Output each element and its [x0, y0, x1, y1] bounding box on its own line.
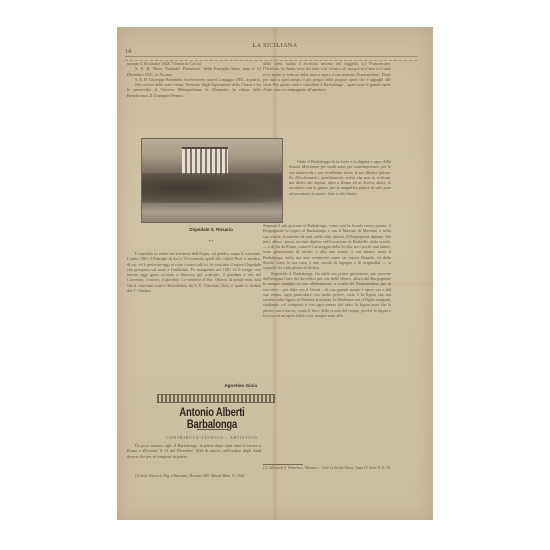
- ornamental-border: [157, 394, 275, 403]
- footnote-rule: [263, 464, 303, 465]
- paragraph: Seppure il più giovane al Barbalonga, co…: [263, 223, 391, 271]
- article-body: Da poco tornato, egli, il Barbalonga, in…: [127, 443, 261, 459]
- author-signature: Agostino Gioia: [127, 383, 257, 388]
- left-column-lower: L'ospedale fu eretto nel territorio dell…: [127, 251, 261, 293]
- paragraph: Onde il Barbalonga fu la forza e la dign…: [289, 159, 391, 196]
- photo-caption: Ospedale S. Rosario: [141, 227, 281, 232]
- trees-icon: [142, 173, 282, 203]
- page-number: 14: [125, 49, 131, 55]
- left-column-top: nacque il 16 ottobre 1826, Vicario in Ca…: [127, 61, 261, 98]
- asterism-divider: * *: [141, 239, 281, 244]
- paragraph: della sorte, studio e ricercato intorno …: [263, 61, 391, 93]
- publication-title: LA SICILIANA: [117, 43, 433, 49]
- paragraph: Seguendo il Barbalonga, fin dalla sua pr…: [263, 271, 391, 319]
- article-subtitle: CONTRIBUTO STORICO – ARTISTICO: [147, 436, 277, 440]
- hospital-building-icon: [182, 147, 228, 175]
- right-column-indented: Onde il Barbalonga fu la forza e la dign…: [289, 159, 391, 196]
- right-footnote: (1) Galleria di S. Domenico, Messina — V…: [263, 466, 391, 471]
- article-footnote: (1) Arch. Parrocch. Reg. e Battesimi, Me…: [127, 474, 261, 479]
- newspaper-page: LA SICILIANA 14 nacque il 16 ottobre 182…: [117, 27, 433, 520]
- building-photo: [141, 138, 283, 223]
- title-rule: [197, 429, 231, 430]
- paragraph: S. E. R. Mons. Pasquale Platamone, della…: [127, 66, 261, 77]
- footnote-text: (1) Arch. Parrocch. Reg. e Battesimi, Me…: [127, 474, 261, 479]
- paragraph: Da poco tornato, egli, il Barbalonga, in…: [127, 443, 261, 459]
- article-title: Antonio Alberti Barbalonga: [157, 407, 267, 431]
- right-column-lower: Seppure il più giovane al Barbalonga, co…: [263, 223, 391, 318]
- right-column-top: della sorte, studio e ricercato intorno …: [263, 61, 391, 93]
- footnote-text: (1) Galleria di S. Domenico, Messina — V…: [263, 466, 391, 471]
- paragraph: L'ospedale fu eretto nel territorio dell…: [127, 251, 261, 293]
- paragraph: Nel recinto della sorte venne, Prevosto …: [127, 82, 261, 98]
